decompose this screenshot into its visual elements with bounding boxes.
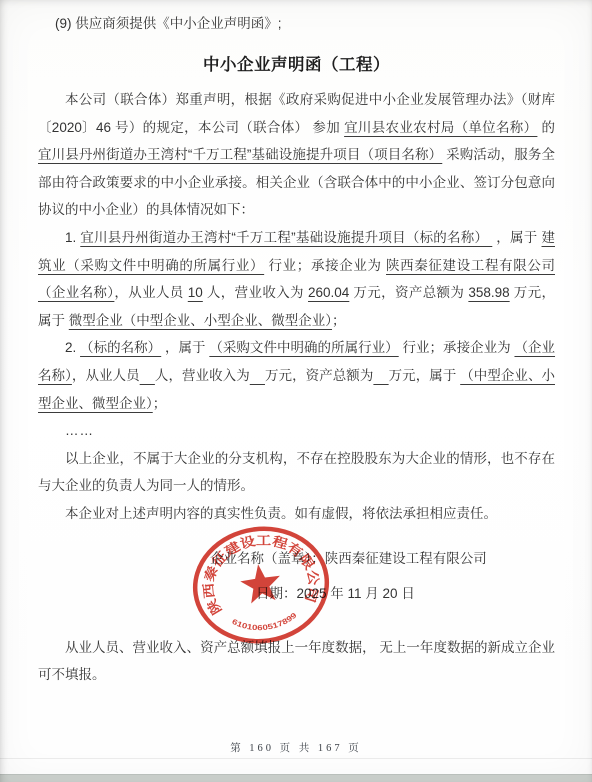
text-segment: 的	[537, 120, 555, 135]
text-segment: 万元，资产总额为	[349, 285, 468, 300]
note-block: 从业人员、营业收入、资产总额填报上一年度数据， 无上一年度数据的新成立企业可不填…	[38, 634, 555, 689]
page-edge-shadow	[0, 758, 592, 759]
page-number-footer: 第 160 页 共 167 页	[0, 740, 592, 755]
text-segment: 万元，属于	[389, 368, 461, 383]
text-segment: 人，营业收入为	[203, 285, 308, 300]
document-body: 本公司（联合体）郑重声明，根据《政府采购促进中小企业发展管理办法》（财库〔202…	[38, 86, 555, 528]
text-segment: 以上企业，不属于大企业的分支机构，不存在控股股东为大企业的情形，也不存在与大企业…	[38, 451, 555, 494]
filled-blank-text	[373, 368, 388, 383]
text-segment: 行业；承接企业为	[399, 340, 515, 355]
text-segment: ；	[153, 396, 167, 411]
text-segment: 从业人员、营业收入、资产总额填报上一年度数据， 无上一年度数据的新成立企业可不填…	[38, 640, 555, 683]
filled-blank-text: 微型企业（中型企业、小型企业、微型企业）	[69, 313, 332, 328]
filled-blank-text: 260.04	[308, 285, 349, 300]
item-1-paragraph: 1. 宜川县丹州街道办王湾村“千万工程”基础设施提升项目（标的名称） ，属于 建…	[38, 224, 555, 334]
declaration-paragraph: 本公司（联合体）郑重声明，根据《政府采购促进中小企业发展管理办法》（财库〔202…	[38, 86, 555, 224]
no-large-enterprise-paragraph: 以上企业，不属于大企业的分支机构，不存在控股股东为大企业的情形，也不存在与大企业…	[38, 445, 555, 500]
intro-line: (9) 供应商须提供《中小企业声明函》;	[55, 14, 555, 34]
filled-blank-text	[140, 368, 155, 383]
filled-blank-text: （标的名称）	[80, 340, 161, 355]
item-2-paragraph: 2. （标的名称） ，属于 （采购文件中明确的所属行业） 行业；承接企业为 （企…	[38, 334, 555, 417]
document-page: (9) 供应商须提供《中小企业声明函》; 中小企业声明函（工程） 本公司（联合体…	[0, 0, 592, 782]
text-segment: ，从业人员	[114, 285, 187, 300]
text-segment: ，属于	[161, 340, 209, 355]
filled-blank-text: 358.98	[468, 285, 509, 300]
filled-blank-text: （采购文件中明确的所属行业）	[209, 340, 398, 355]
filled-blank-text: 宜川县丹州街道办王湾村“千万工程”基础设施提升项目（项目名称）	[38, 147, 442, 162]
note-paragraph: 从业人员、营业收入、资产总额填报上一年度数据， 无上一年度数据的新成立企业可不填…	[38, 634, 555, 689]
text-segment: ……	[65, 423, 94, 438]
text-segment: 1.	[65, 230, 80, 245]
date-line: 日期：2025 年 11 月 20 日	[256, 580, 555, 607]
responsibility-paragraph: 本企业对上述声明内容的真实性负责。如有虚假，将依法承担相应责任。	[38, 500, 555, 528]
page-content: (9) 供应商须提供《中小企业声明函》; 中小企业声明函（工程） 本公司（联合体…	[0, 0, 592, 689]
text-segment: ，属于	[492, 230, 541, 245]
filled-blank-text	[250, 368, 265, 383]
filled-blank-text: 宜川县丹州街道办王湾村“千万工程”基础设施提升项目（标的名称）	[80, 230, 492, 245]
page-title: 中小企业声明函（工程）	[38, 51, 555, 75]
filled-blank-text: 10	[188, 285, 203, 300]
text-segment: ；	[332, 313, 346, 328]
text-segment: 行业；承接企业为	[264, 258, 386, 273]
ellipsis-paragraph: ……	[38, 417, 555, 445]
signature-block: 企业名称（盖章）：陕西秦征建设工程有限公司 日期：2025 年 11 月 20 …	[210, 545, 555, 607]
scan-bottom-edge	[0, 774, 592, 782]
text-segment: ，从业人员	[72, 368, 140, 383]
text-segment: 2.	[65, 340, 80, 355]
text-segment: 万元，资产总额为	[265, 368, 373, 383]
text-segment: 人，营业收入为	[155, 368, 250, 383]
filled-blank-text: 宜川县农业农村局（单位名称）	[344, 120, 537, 135]
text-segment: 本企业对上述声明内容的真实性负责。如有虚假，将依法承担相应责任。	[65, 506, 497, 521]
company-seal-line: 企业名称（盖章）：陕西秦征建设工程有限公司	[210, 545, 555, 572]
